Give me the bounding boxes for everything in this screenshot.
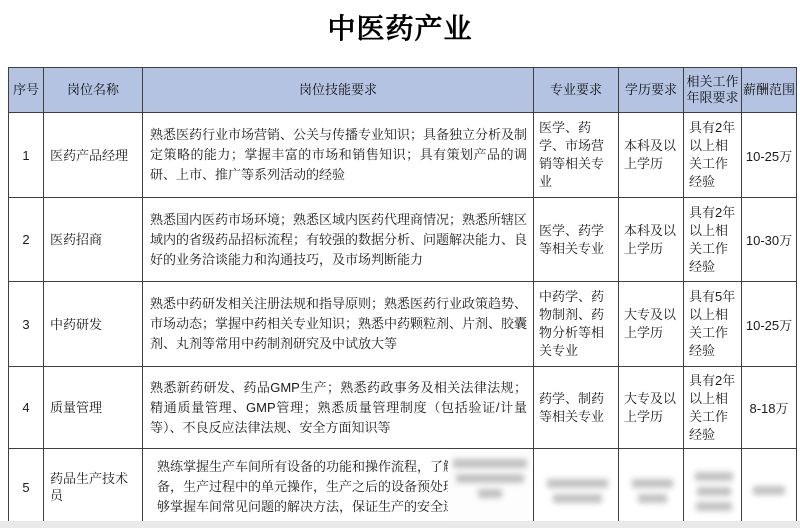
table-row: 3 中药研发 熟悉中药研发相关注册法规和指导原则；熟悉医药行业政策趋势、市场动态… — [9, 282, 797, 367]
bottom-edge-strip — [0, 521, 800, 528]
cell-no: 2 — [9, 198, 44, 282]
cell-job-name: 医药招商 — [44, 198, 143, 282]
cell-job-name: 中药研发 — [44, 282, 143, 367]
cell-major-redacted — [534, 449, 619, 526]
cell-job-name: 医药产品经理 — [44, 113, 143, 198]
header-experience: 相关工作年限要求 — [684, 68, 742, 113]
cell-no: 3 — [9, 282, 44, 367]
redaction-blur — [632, 479, 673, 488]
cell-no: 4 — [9, 367, 44, 449]
cell-experience: 具有2年以上相关工作经验 — [684, 113, 742, 198]
cell-salary: 8-18万 — [742, 367, 797, 449]
header-name: 岗位名称 — [44, 68, 143, 113]
table-row: 1 医药产品经理 熟悉医药行业市场营销、公关与传播专业知识；具备独立分析及制定策… — [9, 113, 797, 198]
cell-skills-partially-redacted: 熟练掌握生产车间所有设备的功能和操作流程，了解生 备，生产过程中的单元操作，生产… — [143, 449, 534, 526]
cell-education: 大专及以上学历 — [619, 282, 684, 367]
page: { "page": { "title": "中医药产业" }, "table":… — [0, 0, 800, 528]
cell-job-name: 药品生产技术员 — [44, 449, 143, 526]
cell-major: 医学、药学等相关专业 — [534, 198, 619, 282]
redaction-blur — [696, 502, 732, 511]
header-skills: 岗位技能要求 — [143, 68, 534, 113]
cell-salary: 10-25万 — [742, 113, 797, 198]
jobs-table: 序号 岗位名称 岗位技能要求 专业要求 学历要求 相关工作年限要求 薪酬范围 1… — [8, 67, 797, 526]
header-row: 序号 岗位名称 岗位技能要求 专业要求 学历要求 相关工作年限要求 薪酬范围 — [9, 68, 797, 113]
redaction-blur — [695, 472, 733, 481]
cell-major: 药学、制药等相关专业 — [534, 367, 619, 449]
cell-salary: 10-30万 — [742, 198, 797, 282]
redaction-blur — [547, 479, 607, 488]
table-row: 4 质量管理 熟悉新药研发、药品GMP生产；熟悉药政事务及相关法律法规；精通质量… — [9, 367, 797, 449]
cell-experience: 具有5年以上相关工作经验 — [684, 282, 742, 367]
page-title: 中医药产业 — [0, 0, 800, 56]
redaction-blur — [753, 486, 784, 495]
header-salary: 薪酬范围 — [742, 68, 797, 113]
cell-experience: 具有2年以上相关工作经验 — [684, 367, 742, 449]
cell-job-name: 质量管理 — [44, 367, 143, 449]
cell-salary: 10-25万 — [742, 282, 797, 367]
cell-no: 1 — [9, 113, 44, 198]
cell-experience: 具有2年以上相关工作经验 — [684, 198, 742, 282]
table-header: 序号 岗位名称 岗位技能要求 专业要求 学历要求 相关工作年限要求 薪酬范围 — [9, 68, 797, 113]
header-major: 专业要求 — [534, 68, 619, 113]
cell-major: 医学、药学、市场营销等相关专业 — [534, 113, 619, 198]
cell-skills: 熟悉医药行业市场营销、公关与传播专业知识；具备独立分析及制定策略的能力；掌握丰富… — [143, 113, 534, 198]
table-row: 5 药品生产技术员 熟练掌握生产车间所有设备的功能和操作流程，了解生 备，生产过… — [9, 449, 797, 526]
cell-salary-redacted — [742, 449, 797, 526]
redaction-blur — [638, 494, 667, 503]
cell-education: 本科及以上学历 — [619, 198, 684, 282]
redaction-blur — [448, 451, 532, 523]
cell-experience-redacted — [684, 449, 742, 526]
cell-no: 5 — [9, 449, 44, 526]
table-row: 2 医药招商 熟悉国内医药市场环境；熟悉区域内医药代理商情况；熟悉所辖区域内的省… — [9, 198, 797, 282]
header-education: 学历要求 — [619, 68, 684, 113]
redaction-blur — [553, 494, 602, 503]
cell-education: 大专及以上学历 — [619, 367, 684, 449]
cell-major: 中药学、药物制剂、药物分析等相关专业 — [534, 282, 619, 367]
cell-skills: 熟悉国内医药市场环境；熟悉区域内医药代理商情况；熟悉所辖区域内的省级药品招标流程… — [143, 198, 534, 282]
cell-education-redacted — [619, 449, 684, 526]
header-no: 序号 — [9, 68, 44, 113]
cell-skills: 熟悉新药研发、药品GMP生产；熟悉药政事务及相关法律法规；精通质量管理、GMP管… — [143, 367, 534, 449]
cell-skills: 熟悉中药研发相关注册法规和指导原则；熟悉医药行业政策趋势、市场动态；掌握中药相关… — [143, 282, 534, 367]
redaction-blur — [697, 487, 731, 496]
cell-education: 本科及以上学历 — [619, 113, 684, 198]
